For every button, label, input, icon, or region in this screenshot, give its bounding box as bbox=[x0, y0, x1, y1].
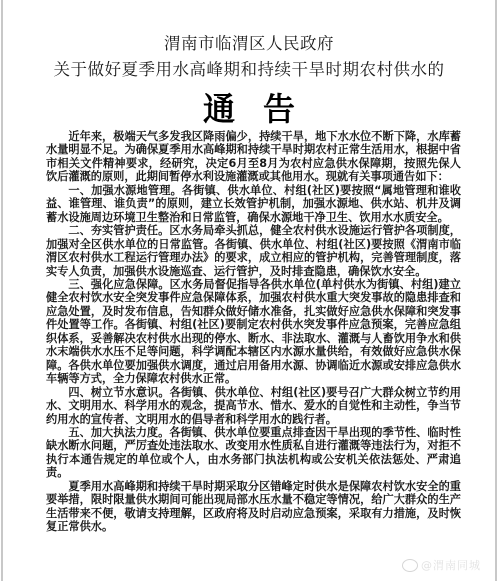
item-1-paragraph: 一、加强水源地管理。各街镇、供水单位、村组(社区)要按照“属地管理和谁收益、谁管… bbox=[46, 184, 461, 224]
weibo-logo-icon bbox=[402, 559, 418, 572]
item-3-paragraph: 三、强化应急保障。区水务局督促指导各供水单位(单村供水为街镇、村组)建立健全农村… bbox=[46, 278, 461, 386]
item-2-paragraph: 二、夯实管护责任。区水务局牵头抓总，健全农村供水设施运行管护各项制度，加强对全区… bbox=[46, 224, 461, 278]
notice-body: 近年来，极端天气多发我区降雨偏少，持续干旱，地下水水位不断下降，水库蓄水量明显不… bbox=[46, 130, 461, 534]
item-5-paragraph: 五、加大执法力度。各街镇、供水单位要重点排查因干旱出现的季节性、临时性缺水断水问… bbox=[46, 426, 461, 480]
notice-subject: 关于做好夏季用水高峰期和持续干旱时期农村供水的 bbox=[3, 56, 495, 80]
closing-paragraph: 夏季用水高峰期和持续干旱时期采取分区错峰定时供水是保障农村饮水安全的重要举措，限… bbox=[46, 480, 461, 534]
weibo-watermark: @渭南同城 bbox=[402, 557, 481, 573]
document-page: 渭南市临渭区人民政府 关于做好夏季用水高峰期和持续干旱时期农村供水的 通告 近年… bbox=[1, 0, 497, 581]
issuing-organization: 渭南市临渭区人民政府 bbox=[3, 30, 495, 54]
intro-paragraph: 近年来，极端天气多发我区降雨偏少，持续干旱，地下水水位不断下降，水库蓄水量明显不… bbox=[46, 130, 461, 184]
watermark-text: @渭南同城 bbox=[421, 557, 481, 573]
document-type-title: 通告 bbox=[3, 84, 495, 130]
item-4-paragraph: 四、树立节水意识。各街镇、供水单位、村组(社区)要号召广大群众树立节约用水、文明… bbox=[46, 386, 461, 426]
